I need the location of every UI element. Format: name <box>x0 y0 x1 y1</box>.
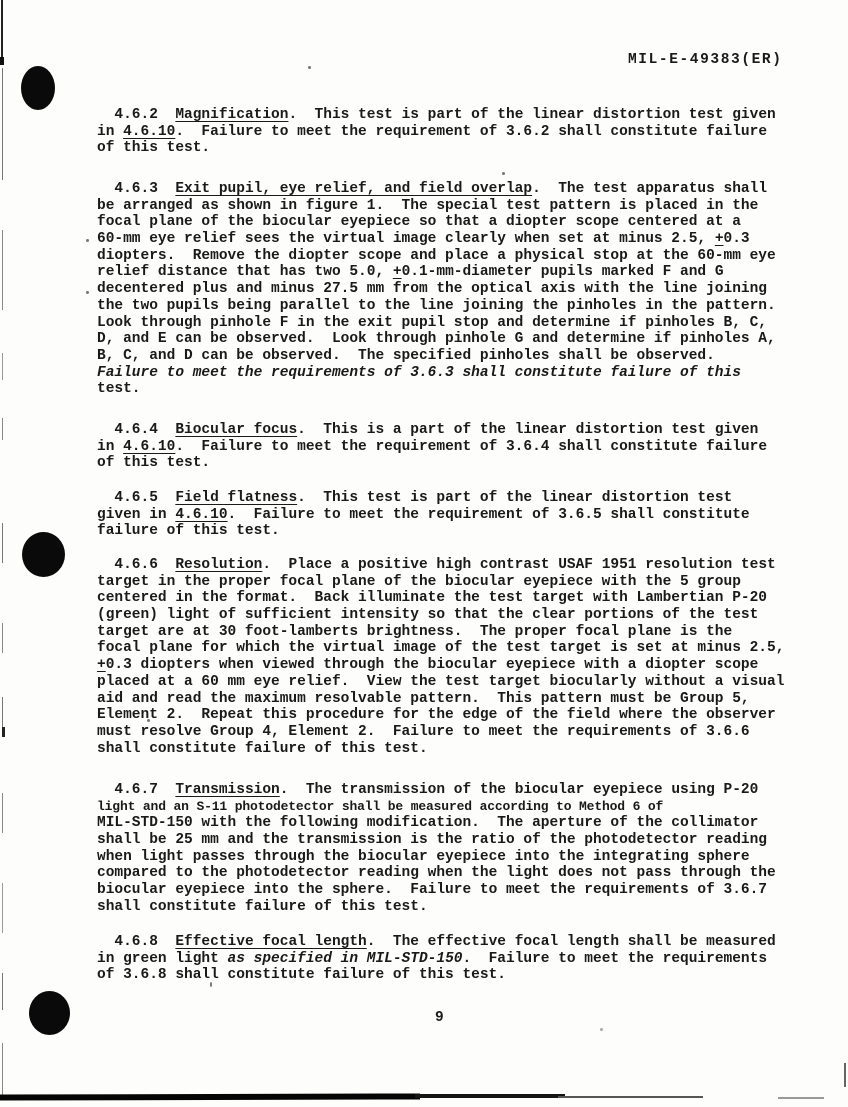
text-segment: . The test apparatus shall <box>532 181 767 197</box>
text-segment: . This is a part of the linear distortio… <box>297 422 758 438</box>
text-segment: 4.6.2 <box>97 107 175 123</box>
scan-edge-line <box>2 68 3 180</box>
text-segment: in green light <box>97 951 228 967</box>
text-segment: (green) light of sufficient intensity so… <box>97 607 758 623</box>
text-segment: of this test. <box>97 140 210 156</box>
text-segment: biocular eyepiece into the sphere. Failu… <box>97 882 767 898</box>
scan-speck <box>86 239 89 242</box>
text-line: D, and E can be observed. Look through p… <box>97 331 776 348</box>
text-segment: given in <box>97 507 175 523</box>
text-segment: must resolve Group 4, Element 2. Failure… <box>97 724 750 740</box>
section-4.6.5: 4.6.5 Field flatness. This test is part … <box>97 490 750 540</box>
text-segment: be arranged as shown in figure 1. The sp… <box>97 198 758 214</box>
hole-punch-bottom <box>29 991 70 1035</box>
text-segment: 0.3 <box>724 231 750 247</box>
text-segment: 60-mm eye relief sees the virtual image … <box>97 231 715 247</box>
underlined-text: 4.6.10 <box>123 439 175 455</box>
section-4.6.2: 4.6.2 Magnification. This test is part o… <box>97 107 776 157</box>
underlined-text: Exit pupil, eye relief, and field overla… <box>175 181 532 197</box>
underlined-text: Transmission <box>175 782 279 798</box>
text-line: 60-mm eye relief sees the virtual image … <box>97 231 776 248</box>
underlined-text: 4.6.10 <box>123 124 175 140</box>
underlined-text: Field flatness <box>175 490 297 506</box>
text-line: light and an S-11 photodetector shall be… <box>97 799 776 816</box>
text-segment: diopters. Remove the diopter scope and p… <box>97 248 776 264</box>
text-line: B, C, and D can be observed. The specifi… <box>97 348 776 365</box>
underlined-text: Resolution <box>175 557 262 573</box>
scan-edge-line <box>2 523 3 563</box>
text-segment: as specified in MIL-STD-150 <box>228 951 463 967</box>
page-number: 9 <box>435 1010 444 1026</box>
text-segment: . The effective focal length shall be me… <box>367 934 776 950</box>
scan-edge-mark-right <box>844 1063 846 1087</box>
text-line: in 4.6.10. Failure to meet the requireme… <box>97 439 767 456</box>
text-segment: shall be 25 mm and the transmission is t… <box>97 832 767 848</box>
section-4.6.7: 4.6.7 Transmission. The transmission of … <box>97 782 776 916</box>
text-line: 4.6.7 Transmission. The transmission of … <box>97 782 776 799</box>
text-segment: aid and read the maximum resolvable patt… <box>97 691 750 707</box>
scan-edge-line <box>2 793 3 833</box>
scan-edge-line <box>2 1043 3 1097</box>
text-segment: MIL-STD-150 with the following modificat… <box>97 815 758 831</box>
text-line: aid and read the maximum resolvable patt… <box>97 691 784 708</box>
text-line: (green) light of sufficient intensity so… <box>97 607 784 624</box>
scan-edge-line <box>0 57 4 65</box>
text-line: focal plane of the biocular eyepiece so … <box>97 214 776 231</box>
text-line: given in 4.6.10. Failure to meet the req… <box>97 507 750 524</box>
text-segment: when light passes through the biocular e… <box>97 849 750 865</box>
text-segment: in <box>97 439 123 455</box>
scan-edge-line <box>2 353 3 380</box>
text-segment: test. <box>97 381 141 397</box>
text-segment: centered in the format. Back illuminate … <box>97 590 767 606</box>
scan-edge-line <box>2 973 3 1010</box>
text-line: 4.6.2 Magnification. This test is part o… <box>97 107 776 124</box>
text-segment: failure of this test. <box>97 523 280 539</box>
scan-bottom-bar <box>415 1094 565 1098</box>
section-4.6.6: 4.6.6 Resolution. Place a positive high … <box>97 557 784 757</box>
scan-edge-line <box>2 727 5 737</box>
text-line: diopters. Remove the diopter scope and p… <box>97 248 776 265</box>
text-segment: target are at 30 foot-lamberts brightnes… <box>97 624 732 640</box>
scan-bottom-bar <box>558 1096 703 1098</box>
text-segment: in <box>97 124 123 140</box>
text-segment: 4.6.7 <box>97 782 175 798</box>
text-segment: shall constitute failure of this test. <box>97 899 428 915</box>
text-segment: the two pupils being parallel to the lin… <box>97 298 776 314</box>
text-segment: 4.6.3 <box>97 181 175 197</box>
text-segment: . This test is part of the linear distor… <box>297 490 732 506</box>
text-line: Element 2. Repeat this procedure for the… <box>97 707 784 724</box>
underlined-text: + <box>715 231 724 247</box>
text-line: centered in the format. Back illuminate … <box>97 590 784 607</box>
text-line: 4.6.6 Resolution. Place a positive high … <box>97 557 784 574</box>
text-segment: D, and E can be observed. Look through p… <box>97 331 776 347</box>
text-segment: 0.1-mm-diameter pupils marked F and G <box>402 264 724 280</box>
text-segment: . Failure to meet the requirements <box>462 951 767 967</box>
text-line: biocular eyepiece into the sphere. Failu… <box>97 882 776 899</box>
text-line: target in the proper focal plane of the … <box>97 574 784 591</box>
text-segment: 4.6.4 <box>97 422 175 438</box>
text-segment: shall constitute failure of this test. <box>97 741 428 757</box>
text-segment: decentered plus and minus 27.5 mm from t… <box>97 281 767 297</box>
text-line: test. <box>97 381 776 398</box>
scan-speck <box>147 719 150 722</box>
text-segment: Look through pinhole F in the exit pupil… <box>97 315 767 331</box>
text-line: of 3.6.8 shall constitute failure of thi… <box>97 967 776 984</box>
text-line: shall constitute failure of this test. <box>97 899 776 916</box>
text-line: in green light as specified in MIL-STD-1… <box>97 951 776 968</box>
underlined-text: Effective focal length <box>175 934 366 950</box>
text-segment: light and an S-11 photodetector shall be… <box>97 799 663 814</box>
text-line: failure of this test. <box>97 523 750 540</box>
text-segment: . This test is part of the linear distor… <box>288 107 775 123</box>
text-segment: . Place a positive high contrast USAF 19… <box>262 557 775 573</box>
text-line: MIL-STD-150 with the following modificat… <box>97 815 776 832</box>
text-line: shall constitute failure of this test. <box>97 741 784 758</box>
text-line: target are at 30 foot-lamberts brightnes… <box>97 624 784 641</box>
text-segment: . The transmission of the biocular eyepi… <box>280 782 759 798</box>
underlined-text: Biocular focus <box>175 422 297 438</box>
scan-speck <box>210 982 212 987</box>
scan-edge-line <box>2 883 3 933</box>
hole-punch-top <box>21 66 55 110</box>
text-segment: . Failure to meet the requirement of 3.6… <box>228 507 750 523</box>
text-segment: 4.6.8 <box>97 934 175 950</box>
scan-edge-line <box>2 697 3 729</box>
text-line: relief distance that has two 5.0, +0.1-m… <box>97 264 776 281</box>
underlined-text: + <box>97 657 106 673</box>
text-line: 4.6.4 Biocular focus. This is a part of … <box>97 422 767 439</box>
text-line: be arranged as shown in figure 1. The sp… <box>97 198 776 215</box>
scan-edge-line <box>2 418 3 440</box>
text-line: when light passes through the biocular e… <box>97 849 776 866</box>
text-line: of this test. <box>97 140 776 157</box>
document-number: MIL-E-49383(ER) <box>628 52 783 68</box>
text-line: 4.6.8 Effective focal length. The effect… <box>97 934 776 951</box>
text-segment: . Failure to meet the requirement of 3.6… <box>175 124 767 140</box>
text-segment: 4.6.6 <box>97 557 175 573</box>
text-segment: target in the proper focal plane of the … <box>97 574 741 590</box>
text-line: focal plane for which the virtual image … <box>97 640 784 657</box>
text-line: 4.6.3 Exit pupil, eye relief, and field … <box>97 181 776 198</box>
scan-speck <box>308 66 311 69</box>
text-segment: of this test. <box>97 455 210 471</box>
text-segment: . Failure to meet the requirement of 3.6… <box>175 439 767 455</box>
text-line: Failure to meet the requirements of 3.6.… <box>97 365 776 382</box>
text-segment: 0.3 diopters when viewed through the bio… <box>106 657 759 673</box>
scan-speck <box>502 172 505 175</box>
text-line: in 4.6.10. Failure to meet the requireme… <box>97 124 776 141</box>
text-segment: relief distance that has two 5.0, <box>97 264 393 280</box>
section-4.6.4: 4.6.4 Biocular focus. This is a part of … <box>97 422 767 472</box>
underlined-text: Magnification <box>175 107 288 123</box>
text-line: of this test. <box>97 455 767 472</box>
text-line: shall be 25 mm and the transmission is t… <box>97 832 776 849</box>
text-line: must resolve Group 4, Element 2. Failure… <box>97 724 784 741</box>
scan-speck <box>600 1028 603 1031</box>
underlined-text: 4.6.10 <box>175 507 227 523</box>
text-line: compared to the photodetector reading wh… <box>97 865 776 882</box>
text-line: the two pupils being parallel to the lin… <box>97 298 776 315</box>
text-segment: compared to the photodetector reading wh… <box>97 865 776 881</box>
scan-edge-line <box>2 230 3 310</box>
text-line: decentered plus and minus 27.5 mm from t… <box>97 281 776 298</box>
text-segment: B, C, and D can be observed. The specifi… <box>97 348 715 364</box>
text-line: Look through pinhole F in the exit pupil… <box>97 315 776 332</box>
scan-bottom-bar <box>778 1097 824 1099</box>
text-line: +0.3 diopters when viewed through the bi… <box>97 657 784 674</box>
underlined-text: + <box>393 264 402 280</box>
text-line: placed at a 60 mm eye relief. View the t… <box>97 674 784 691</box>
section-4.6.3: 4.6.3 Exit pupil, eye relief, and field … <box>97 181 776 398</box>
text-segment: 4.6.5 <box>97 490 175 506</box>
text-segment: of 3.6.8 shall constitute failure of thi… <box>97 967 506 983</box>
text-segment: placed at a 60 mm eye relief. View the t… <box>97 674 784 690</box>
scan-edge-line <box>1 0 3 57</box>
scanned-document-page: MIL-E-49383(ER) 4.6.2 Magnification. Thi… <box>0 0 848 1107</box>
scan-bottom-bar <box>0 1093 420 1100</box>
section-4.6.8: 4.6.8 Effective focal length. The effect… <box>97 934 776 984</box>
scan-speck <box>86 291 89 294</box>
text-line: 4.6.5 Field flatness. This test is part … <box>97 490 750 507</box>
scan-edge-line <box>2 623 3 653</box>
hole-punch-middle <box>22 532 65 577</box>
text-segment: Element 2. Repeat this procedure for the… <box>97 707 776 723</box>
text-segment: focal plane for which the virtual image … <box>97 640 784 656</box>
text-segment: Failure to meet the requirements of 3.6.… <box>97 365 741 381</box>
text-segment: focal plane of the biocular eyepiece so … <box>97 214 741 230</box>
